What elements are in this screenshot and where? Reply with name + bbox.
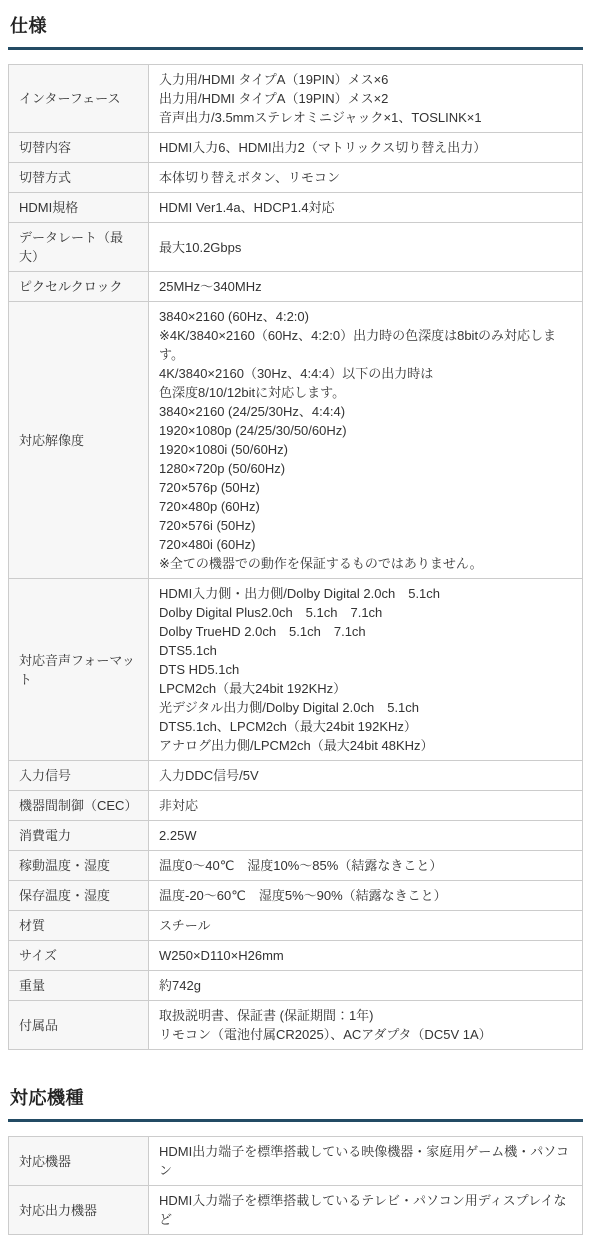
- value-line: Dolby Digital Plus2.0ch 5.1ch 7.1ch: [159, 603, 572, 622]
- table-row: 保存温度・湿度温度-20～60℃ 湿度5%～90%（結露なきこと）: [9, 881, 583, 911]
- value-line: 色深度8/10/12bitに対応します。: [159, 383, 572, 402]
- spec-section-title: 仕様: [8, 10, 583, 50]
- value-line: HDMI入力側・出力側/Dolby Digital 2.0ch 5.1ch: [159, 584, 572, 603]
- row-value: 温度-20～60℃ 湿度5%～90%（結露なきこと）: [149, 881, 583, 911]
- row-value: 約742g: [149, 971, 583, 1001]
- value-line: HDMI Ver1.4a、HDCP1.4対応: [159, 198, 572, 217]
- value-line: 25MHz～340MHz: [159, 277, 572, 296]
- value-line: W250×D110×H26mm: [159, 946, 572, 965]
- value-line: LPCM2ch（最大24bit 192KHz）: [159, 679, 572, 698]
- value-line: 4K/3840×2160（30Hz、4:4:4）以下の出力時は: [159, 364, 572, 383]
- table-row: 付属品取扱説明書、保証書 (保証期間：1年)リモコン（電池付属CR2025）、A…: [9, 1001, 583, 1050]
- row-label: HDMI規格: [9, 193, 149, 223]
- row-label: 対応解像度: [9, 302, 149, 579]
- compat-table: 対応機器HDMI出力端子を標準搭載している映像機器・家庭用ゲーム機・パソコン対応…: [8, 1136, 583, 1235]
- row-value: HDMI入力側・出力側/Dolby Digital 2.0ch 5.1chDol…: [149, 579, 583, 761]
- row-value: 非対応: [149, 791, 583, 821]
- row-value: 入力用/HDMI タイプA（19PIN）メス×6出力用/HDMI タイプA（19…: [149, 65, 583, 133]
- table-row: 材質スチール: [9, 911, 583, 941]
- spec-table: インターフェース入力用/HDMI タイプA（19PIN）メス×6出力用/HDMI…: [8, 64, 583, 1050]
- table-row: 重量約742g: [9, 971, 583, 1001]
- row-label: ピクセルクロック: [9, 272, 149, 302]
- value-line: スチール: [159, 916, 572, 935]
- row-label: インターフェース: [9, 65, 149, 133]
- row-value: HDMI入力6、HDMI出力2（マトリックス切り替え出力）: [149, 133, 583, 163]
- table-row: 稼動温度・湿度温度0～40℃ 湿度10%～85%（結露なきこと）: [9, 851, 583, 881]
- value-line: DTS5.1ch、LPCM2ch（最大24bit 192KHz）: [159, 717, 572, 736]
- value-line: 3840×2160 (24/25/30Hz、4:4:4): [159, 402, 572, 421]
- row-value: 温度0～40℃ 湿度10%～85%（結露なきこと）: [149, 851, 583, 881]
- row-label: データレート（最大）: [9, 223, 149, 272]
- compat-section-title: 対応機種: [8, 1082, 583, 1122]
- table-row: インターフェース入力用/HDMI タイプA（19PIN）メス×6出力用/HDMI…: [9, 65, 583, 133]
- row-label: 保存温度・湿度: [9, 881, 149, 911]
- row-value: W250×D110×H26mm: [149, 941, 583, 971]
- table-row: 対応出力機器HDMI入力端子を標準搭載しているテレビ・パソコン用ディスプレイなど: [9, 1186, 583, 1235]
- value-line: 1920×1080i (50/60Hz): [159, 440, 572, 459]
- table-row: データレート（最大）最大10.2Gbps: [9, 223, 583, 272]
- value-line: 720×576i (50Hz): [159, 516, 572, 535]
- table-row: サイズW250×D110×H26mm: [9, 941, 583, 971]
- value-line: 1920×1080p (24/25/30/50/60Hz): [159, 421, 572, 440]
- row-value: HDMI出力端子を標準搭載している映像機器・家庭用ゲーム機・パソコン: [149, 1137, 583, 1186]
- value-line: 取扱説明書、保証書 (保証期間：1年): [159, 1006, 572, 1025]
- row-label: 材質: [9, 911, 149, 941]
- table-row: 対応音声フォーマットHDMI入力側・出力側/Dolby Digital 2.0c…: [9, 579, 583, 761]
- row-label: 入力信号: [9, 761, 149, 791]
- row-value: 入力DDC信号/5V: [149, 761, 583, 791]
- row-label: 付属品: [9, 1001, 149, 1050]
- value-line: アナログ出力側/LPCM2ch（最大24bit 48KHz）: [159, 736, 572, 755]
- row-value: 3840×2160 (60Hz、4:2:0)※4K/3840×2160（60Hz…: [149, 302, 583, 579]
- table-row: ピクセルクロック25MHz～340MHz: [9, 272, 583, 302]
- value-line: 光デジタル出力側/Dolby Digital 2.0ch 5.1ch: [159, 698, 572, 717]
- value-line: Dolby TrueHD 2.0ch 5.1ch 7.1ch: [159, 622, 572, 641]
- value-line: 720×480i (60Hz): [159, 535, 572, 554]
- spec-section: 仕様 インターフェース入力用/HDMI タイプA（19PIN）メス×6出力用/H…: [8, 10, 583, 1050]
- value-line: HDMI入力端子を標準搭載しているテレビ・パソコン用ディスプレイなど: [159, 1191, 572, 1229]
- row-label: 稼動温度・湿度: [9, 851, 149, 881]
- row-label: 対応音声フォーマット: [9, 579, 149, 761]
- compat-section: 対応機種 対応機器HDMI出力端子を標準搭載している映像機器・家庭用ゲーム機・パ…: [8, 1082, 583, 1235]
- row-label: 対応出力機器: [9, 1186, 149, 1235]
- row-value: HDMI Ver1.4a、HDCP1.4対応: [149, 193, 583, 223]
- value-line: 1280×720p (50/60Hz): [159, 459, 572, 478]
- spec-page: 仕様 インターフェース入力用/HDMI タイプA（19PIN）メス×6出力用/H…: [0, 0, 600, 1255]
- table-row: HDMI規格HDMI Ver1.4a、HDCP1.4対応: [9, 193, 583, 223]
- row-label: 切替方式: [9, 163, 149, 193]
- value-line: リモコン（電池付属CR2025）、ACアダプタ（DC5V 1A）: [159, 1025, 572, 1044]
- row-value: 25MHz～340MHz: [149, 272, 583, 302]
- value-line: 最大10.2Gbps: [159, 238, 572, 257]
- row-label: 対応機器: [9, 1137, 149, 1186]
- row-value: 2.25W: [149, 821, 583, 851]
- value-line: HDMI出力端子を標準搭載している映像機器・家庭用ゲーム機・パソコン: [159, 1142, 572, 1180]
- row-value: HDMI入力端子を標準搭載しているテレビ・パソコン用ディスプレイなど: [149, 1186, 583, 1235]
- row-label: 消費電力: [9, 821, 149, 851]
- table-row: 消費電力2.25W: [9, 821, 583, 851]
- value-line: ※4K/3840×2160（60Hz、4:2:0）出力時の色深度は8bitのみ対…: [159, 326, 572, 364]
- table-row: 機器間制御（CEC）非対応: [9, 791, 583, 821]
- section-divider-space: [8, 1050, 583, 1082]
- row-label: 重量: [9, 971, 149, 1001]
- value-line: 出力用/HDMI タイプA（19PIN）メス×2: [159, 89, 572, 108]
- row-value: 最大10.2Gbps: [149, 223, 583, 272]
- value-line: 720×576p (50Hz): [159, 478, 572, 497]
- value-line: 温度-20～60℃ 湿度5%～90%（結露なきこと）: [159, 886, 572, 905]
- value-line: 2.25W: [159, 826, 572, 845]
- value-line: ※全ての機器での動作を保証するものではありません。: [159, 554, 572, 573]
- row-value: 取扱説明書、保証書 (保証期間：1年)リモコン（電池付属CR2025）、ACアダ…: [149, 1001, 583, 1050]
- row-label: サイズ: [9, 941, 149, 971]
- row-value: 本体切り替えボタン、リモコン: [149, 163, 583, 193]
- value-line: 入力DDC信号/5V: [159, 766, 572, 785]
- value-line: 入力用/HDMI タイプA（19PIN）メス×6: [159, 70, 572, 89]
- row-value: スチール: [149, 911, 583, 941]
- value-line: DTS HD5.1ch: [159, 660, 572, 679]
- row-label: 切替内容: [9, 133, 149, 163]
- table-row: 対応機器HDMI出力端子を標準搭載している映像機器・家庭用ゲーム機・パソコン: [9, 1137, 583, 1186]
- row-label: 機器間制御（CEC）: [9, 791, 149, 821]
- table-row: 切替方式本体切り替えボタン、リモコン: [9, 163, 583, 193]
- value-line: 温度0～40℃ 湿度10%～85%（結露なきこと）: [159, 856, 572, 875]
- value-line: 720×480p (60Hz): [159, 497, 572, 516]
- table-row: 入力信号入力DDC信号/5V: [9, 761, 583, 791]
- value-line: 音声出力/3.5mmステレオミニジャック×1、TOSLINK×1: [159, 108, 572, 127]
- value-line: 本体切り替えボタン、リモコン: [159, 168, 572, 187]
- value-line: DTS5.1ch: [159, 641, 572, 660]
- value-line: 3840×2160 (60Hz、4:2:0): [159, 307, 572, 326]
- table-row: 切替内容HDMI入力6、HDMI出力2（マトリックス切り替え出力）: [9, 133, 583, 163]
- table-row: 対応解像度3840×2160 (60Hz、4:2:0)※4K/3840×2160…: [9, 302, 583, 579]
- value-line: 約742g: [159, 976, 572, 995]
- value-line: 非対応: [159, 796, 572, 815]
- value-line: HDMI入力6、HDMI出力2（マトリックス切り替え出力）: [159, 138, 572, 157]
